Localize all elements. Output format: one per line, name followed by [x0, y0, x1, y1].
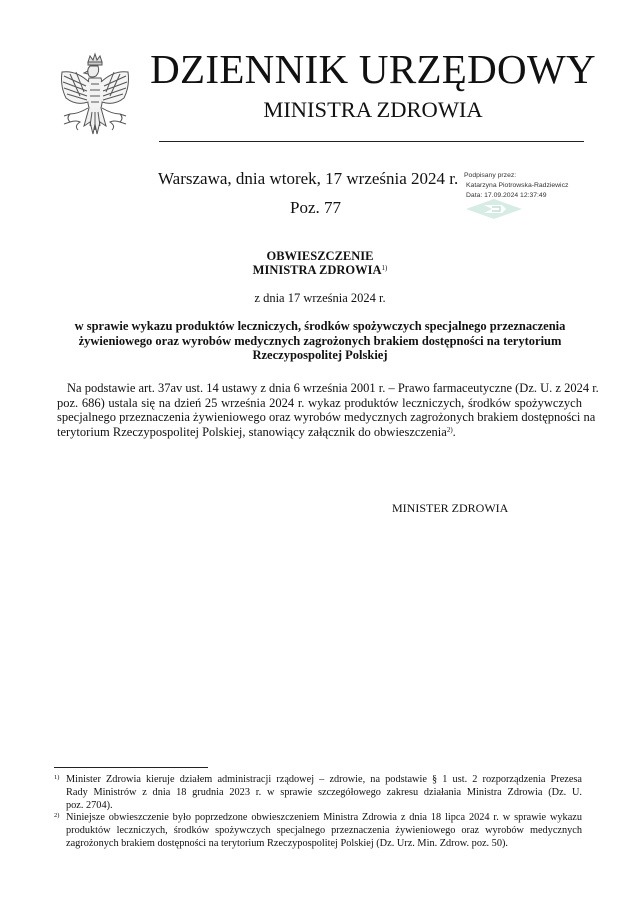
body-line: specjalnego przeznaczenia żywieniowego o… — [57, 410, 582, 425]
journal-title: DZIENNIK URZĘDOWY — [150, 46, 596, 92]
issuer-text: MINISTRA ZDROWIA — [253, 263, 382, 277]
footnote-2: 2) Niniejsze obwieszczenie było poprzedz… — [54, 811, 582, 850]
publication-place-date: Warszawa, dnia wtorek, 17 września 2024 … — [158, 169, 458, 189]
header-divider — [159, 141, 584, 142]
footnote-marker: 2) — [54, 809, 59, 822]
document-type: OBWIESZCZENIE — [60, 249, 580, 263]
journal-subtitle: MINISTRA ZDROWIA — [150, 97, 596, 123]
footnote-line: zagrożonych brakiem dostępności na teryt… — [66, 837, 582, 850]
subject-line: Rzeczypospolitej Polskiej — [60, 348, 580, 363]
subject-line: w sprawie wykazu produktów leczniczych, … — [60, 319, 580, 334]
document-subject: w sprawie wykazu produktów leczniczych, … — [60, 319, 580, 363]
body-end: . — [453, 425, 456, 439]
subject-line: żywieniowego oraz wyrobów medycznych zag… — [60, 334, 580, 349]
signer-name: Katarzyna Piotrowska-Radziewicz — [466, 181, 568, 191]
footnote-line: Niniejsze obwieszczenie było poprzedzone… — [66, 811, 582, 824]
footnote-line: produktów leczniczych, środków spożywczy… — [66, 824, 582, 837]
signoff: MINISTER ZDROWIA — [392, 501, 508, 515]
body-line-text: terytorium Rzeczypospolitej Polskiej, st… — [57, 425, 447, 439]
publication-position: Poz. 77 — [290, 198, 341, 218]
body-paragraph: Na podstawie art. 37av ust. 14 ustawy z … — [57, 381, 582, 439]
footnote-1: 1) Minister Zdrowia kieruje działem admi… — [54, 773, 582, 812]
polish-eagle-emblem-icon — [56, 52, 134, 152]
footnote-ref-1[interactable]: 1) — [382, 264, 388, 272]
body-line: poz. 686) ustala się na dzień 25 wrześni… — [57, 396, 582, 411]
document-date: z dnia 17 września 2024 r. — [60, 291, 580, 305]
electronic-signature-block[interactable]: Podpisany przez: Katarzyna Piotrowska-Ra… — [462, 171, 582, 221]
document-issuer: MINISTRA ZDROWIA1) — [60, 263, 580, 277]
footnote-divider — [54, 767, 208, 768]
signed-by-label: Podpisany przez: — [464, 171, 516, 181]
signature-date: Data: 17.09.2024 12:37:49 — [466, 191, 547, 201]
footnote-line: Minister Zdrowia kieruje działem adminis… — [66, 773, 582, 786]
body-line-last: terytorium Rzeczypospolitej Polskiej, st… — [57, 425, 582, 440]
footnote-marker: 1) — [54, 771, 59, 784]
body-line: Na podstawie art. 37av ust. 14 ustawy z … — [57, 381, 582, 396]
footnote-line: Rady Ministrów z dnia 18 grudnia 2023 r.… — [66, 786, 582, 799]
